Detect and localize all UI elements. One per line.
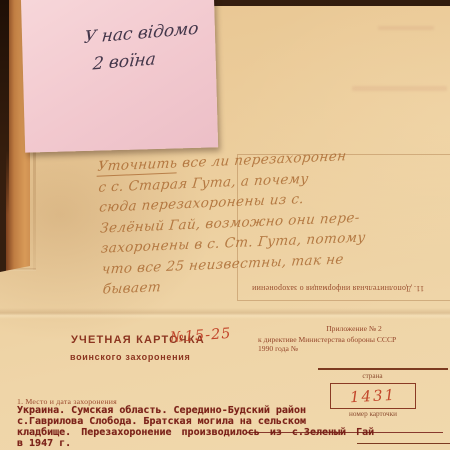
card-subtitle: воинского захоронения bbox=[70, 352, 190, 362]
sticky-note-line: 2 воїна bbox=[92, 49, 157, 74]
handwritten-annotation: Уточнить все ли перезахоронен с с. Стара… bbox=[97, 141, 450, 300]
sticky-note-line: У нас відомо bbox=[83, 19, 199, 48]
table-edge-shadow bbox=[0, 0, 9, 215]
upside-down-section-caption: 11. Дополнительная информация о захороне… bbox=[228, 284, 448, 293]
typed-line: с.Гаврилова Слобода. Братская могила на … bbox=[17, 416, 450, 427]
fold-crease bbox=[0, 308, 450, 319]
annex-line: 1990 года № bbox=[258, 344, 450, 353]
paper-shadow-edge bbox=[33, 140, 36, 270]
typed-text: кладбище. Перезахоронение производилось bbox=[17, 427, 270, 438]
burial-card-photo: Уточнить все ли перезахоронен с с. Стара… bbox=[0, 0, 450, 450]
ink-bleed-mark bbox=[352, 86, 447, 91]
underlined-word: Уточнить bbox=[97, 155, 179, 176]
pink-sticky-note: У нас відомо 2 воїна bbox=[21, 0, 218, 153]
annex-line: к директиве Министерства обороны СССР bbox=[258, 335, 450, 344]
horizontal-rule bbox=[318, 368, 448, 370]
strikethrough-pen-line bbox=[247, 432, 443, 433]
country-label: страна bbox=[330, 372, 415, 380]
annex-line: Приложение № 2 bbox=[258, 324, 450, 333]
typed-line: Украина. Сумская область. Середино-Будск… bbox=[17, 405, 450, 416]
ink-bleed-mark bbox=[378, 26, 434, 30]
typed-location-text: Украина. Сумская область. Середино-Будск… bbox=[17, 405, 450, 449]
typed-line: в 1947 г. bbox=[17, 438, 450, 449]
annex-reference: Приложение № 2 к директиве Министерства … bbox=[258, 324, 450, 353]
card-grave-number: №15-25 bbox=[170, 326, 232, 346]
